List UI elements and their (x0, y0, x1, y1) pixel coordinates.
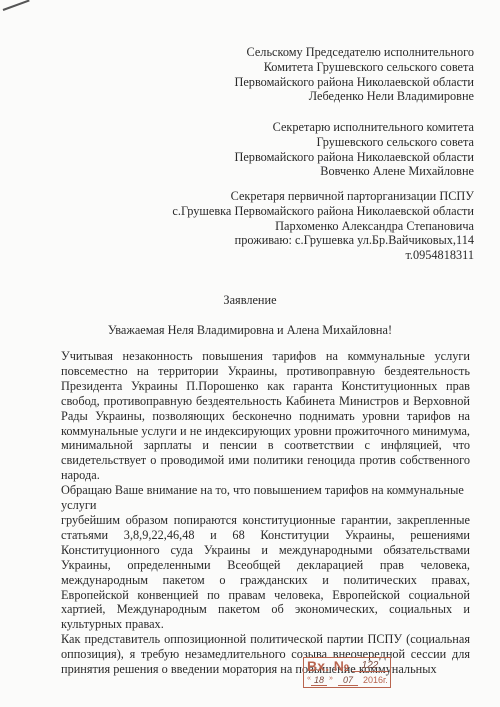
document-title: Заявление (0, 293, 500, 308)
addressee-line: Секретарю исполнительного комитета (234, 120, 474, 135)
stamp-quote-close: » (329, 675, 333, 682)
stamp-label: Вх. № (307, 658, 350, 674)
paragraph: Как представитель оппозиционной политиче… (61, 632, 470, 677)
incoming-stamp: Вх. № 122 « 18 » 07 2016г. (303, 657, 391, 688)
addressee-line: Грушевского сельского совета (234, 135, 474, 150)
sender-block: Секретаря первичной парторганизации ПСПУ… (172, 189, 474, 263)
addressee-line: Первомайского района Николаевской област… (234, 75, 474, 90)
paragraph: Обращаю Ваше внимание на то, что повышен… (61, 483, 470, 513)
addressee-line: Первомайского района Николаевской област… (234, 150, 474, 165)
sender-line: проживаю: с.Грушевка ул.Бр.Вайчиковых,11… (172, 233, 474, 248)
addressee-line: Сельскому Председателю исполнительного (234, 45, 474, 60)
paragraph: грубейшим образом попираются конституцио… (61, 513, 470, 632)
sender-line: т.0954818311 (172, 248, 474, 263)
addressee-line: Лебеденко Нели Владимировне (234, 89, 474, 104)
stamp-number: 122 (352, 660, 388, 672)
greeting: Уважаемая Неля Владимировна и Алена Миха… (0, 323, 500, 338)
pen-mark (3, 0, 30, 11)
sender-line: с.Грушевка Первомайского района Николаев… (172, 204, 474, 219)
stamp-month: 07 (338, 675, 358, 686)
stamp-day: 18 (311, 675, 327, 686)
document-body: Учитывая незаконность повышения тарифов … (61, 349, 470, 677)
paragraph: Учитывая незаконность повышения тарифов … (61, 349, 470, 483)
addressee-chairman: Сельскому Председателю исполнительного К… (234, 45, 474, 104)
addressee-line: Комитета Грушевского сельского совета (234, 60, 474, 75)
addressee-line: Вовченко Алене Михайловне (234, 164, 474, 179)
addressee-secretary: Секретарю исполнительного комитета Груше… (234, 120, 474, 179)
sender-line: Секретаря первичной парторганизации ПСПУ (172, 189, 474, 204)
sender-line: Пархоменко Александра Степановича (172, 219, 474, 234)
stamp-year: 2016г. (363, 675, 388, 685)
